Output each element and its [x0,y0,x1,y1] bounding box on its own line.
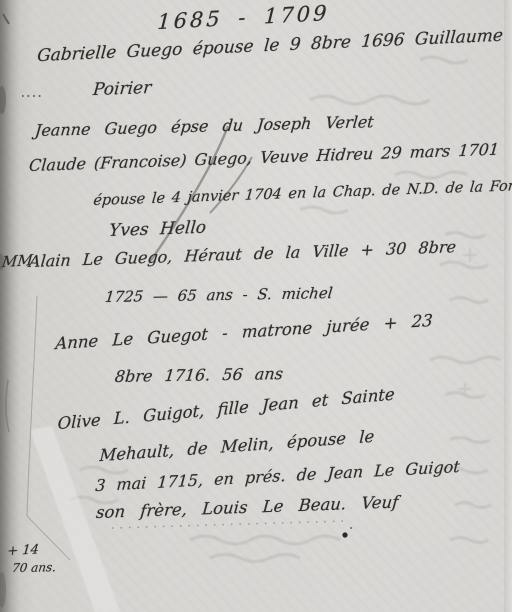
entry-alain-line-2: 1725 — 65 ans - S. michel [104,284,333,306]
entry-claude-line-1: Claude (Francoise) Guego, Veuve Hidreu 2… [28,140,500,175]
entry-olive-line-1: Olive L. Guigot, fille Jean et Sainte [57,385,395,434]
paper-texture [0,0,512,612]
entry-gabrielle-line-1: Gabrielle Guego épouse le 9 8bre 1696 Gu… [36,26,503,66]
entry-olive-line-2: Mehault, de Melin, épouse le [99,427,375,465]
entry-anne-line-1: Anne Le Guegot - matrone jurée + 23 [55,311,433,353]
page-right-edge [504,0,512,612]
entry-jeanne-line-1: Jeanne Guego épse du Joseph Verlet [34,112,375,140]
page-title-date-range: 1685 - 1709 [157,1,330,34]
bottom-margin-note-line-1: + 14 [7,542,40,559]
entry-olive-line-4: son frère, Louis Le Beau. Veuf [95,492,399,522]
entry-olive-line-3: 3 mai 1715, en prés. de Jean Le Guigot [95,457,461,495]
page-spine-shadow [0,0,20,612]
ink-blot [342,527,352,538]
entry-claude-line-2: épouse le 4 janvier 1704 en la Chap. de … [93,177,512,209]
manuscript-page-scan: 1685 - 1709 Gabrielle Guego épouse le 9 … [0,0,512,612]
bottom-margin-note-line-2: 70 ans. [11,560,57,575]
entry-alain-line-1: Alain Le Guego, Héraut de la Ville + 30 … [28,237,457,271]
entry-anne-line-2: 8bre 1716. 56 ans [114,364,284,386]
entry-claude-line-3: Yves Hello [108,218,207,241]
page-marks-overlay [0,0,512,612]
entry-gabrielle-line-2: Poirier [92,78,152,100]
